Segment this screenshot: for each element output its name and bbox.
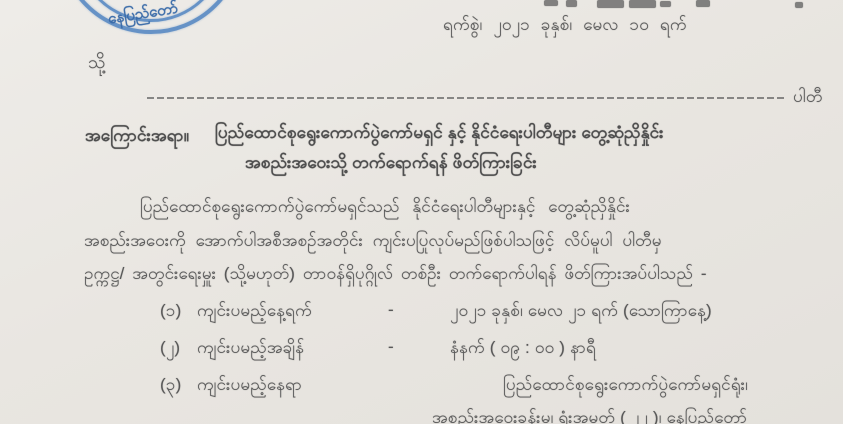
subject-line-1: ပြည်ထောင်စုရွေးကောက်ပွဲကော်မရှင် နှင့် န…	[215, 122, 664, 147]
schedule-item-value: နံနက် ( ၀၉ : ၀၀ ) နာရီ	[450, 337, 596, 362]
cropped-text-fragment	[660, 1, 671, 7]
schedule-item-label: ကျင်းပမည့်အချိန်	[197, 337, 304, 362]
schedule-item-number: (၂)	[160, 337, 180, 362]
schedule-item-number: (၁)	[160, 300, 182, 325]
cropped-text-fragment	[629, 0, 656, 8]
schedule-separator: -	[388, 300, 394, 320]
recipient-party-label: ပါတီ	[793, 86, 823, 111]
scanned-letter-page: နေပြည်တော် ရက်စွဲ၊ ၂၀၂၁ ခုနှစ်၊ မေလ ၁၀ ရ…	[0, 0, 843, 424]
body-line-1: ပြည်ထောင်စုရွေးကောက်ပွဲကော်မရှင်သည် နိုင…	[140, 196, 630, 221]
body-line-2: အစည်းအဝေးကို အောက်ပါအစီအစဉ်အတိုင်း ကျင်း…	[84, 230, 662, 255]
cropped-text-fragment	[696, 0, 710, 7]
letter-date: ရက်စွဲ၊ ၂၀၂၁ ခုနှစ်၊ မေလ ၁၀ ရက်	[443, 14, 687, 39]
cropped-text-fragment	[795, 2, 803, 8]
schedule-item-value: ပြည်ထောင်စုရွေးကောက်ပွဲကော်မရှင်ရုံး၊	[503, 374, 748, 399]
cropped-text-fragment	[597, 0, 624, 8]
schedule-item-value-continued: အစည်းအဝေးခန်းမ၊ ရုံးအမှတ် ( ၂၂ )၊ နေပြည်…	[432, 407, 747, 424]
cropped-text-fragment	[566, 0, 577, 7]
schedule-item-value: ၂၀၂၁ ခုနှစ်၊ မေလ ၂၁ ရက် (သောကြာနေ့)	[450, 300, 712, 325]
schedule-item-label: ကျင်းပမည့်နေရာ	[197, 374, 302, 399]
recipient-dashed-blank	[147, 97, 787, 99]
schedule-item-label: ကျင်းပမည့်နေ့ရက်	[197, 300, 312, 325]
salutation-to: သို့	[88, 50, 106, 77]
schedule-item-number: (၃)	[160, 374, 182, 399]
body-line-3: ဥက္ကဋ္ဌ/ အတွင်းရေးမှူး (သို့မဟုတ်) တာဝန်…	[84, 263, 707, 288]
cropped-text-fragment	[544, 0, 558, 6]
subject-label: အကြောင်းအရာ။	[85, 125, 189, 150]
subject-line-2: အစည်းအဝေးသို့ တက်ရောက်ရန် ဖိတ်ကြားခြင်း	[245, 152, 537, 177]
schedule-separator: -	[388, 337, 394, 357]
